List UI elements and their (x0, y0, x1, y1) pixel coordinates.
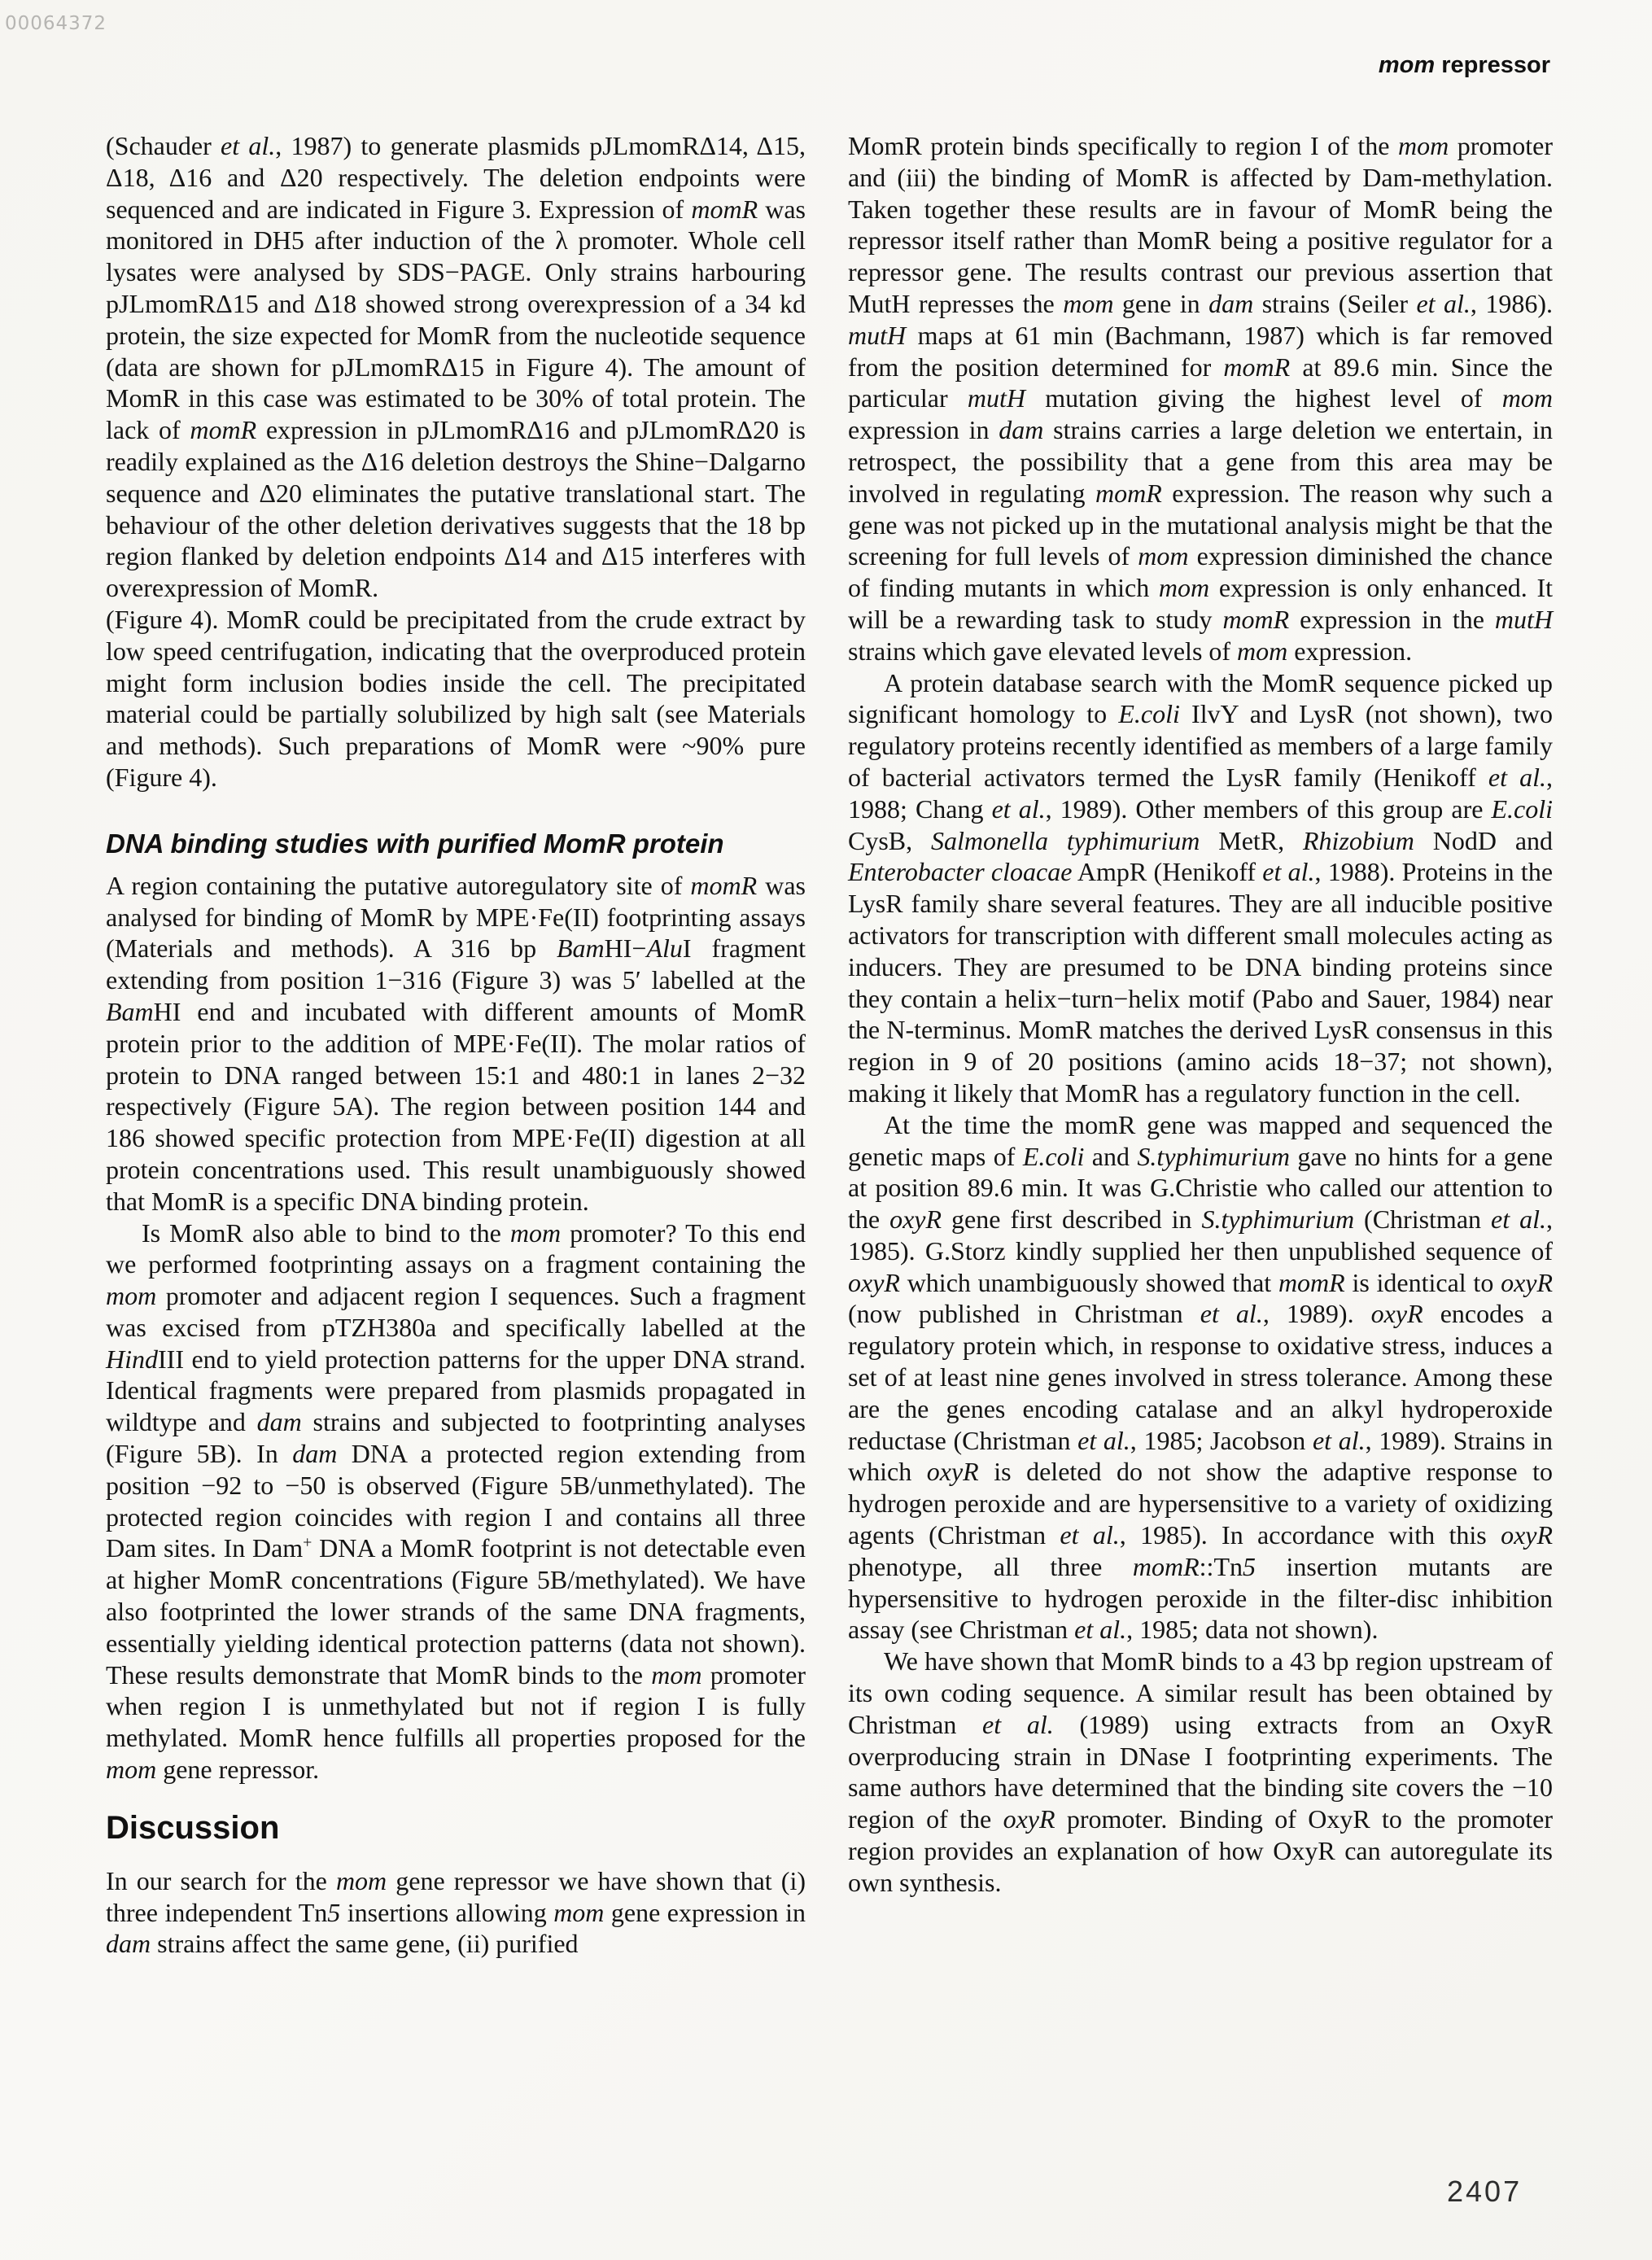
paragraph: At the time the momR gene was mapped and… (848, 1109, 1553, 1646)
paragraph: We have shown that MomR binds to a 43 bp… (848, 1646, 1553, 1898)
scan-stamp-number: 00064372 (5, 13, 107, 34)
paragraph: A protein database search with the MomR … (848, 667, 1553, 1109)
discussion-heading: Discussion (106, 1810, 806, 1846)
running-head-gene-name: mom (1379, 52, 1435, 78)
paragraph: In our search for the mom gene repressor… (106, 1865, 806, 1960)
running-head: mom repressor (1379, 52, 1550, 79)
page-number: 2407 (1447, 2175, 1522, 2209)
paragraph: A region containing the putative autoreg… (106, 870, 806, 1217)
paragraph: MomR protein binds specifically to regio… (848, 130, 1553, 667)
running-head-rest: repressor (1435, 52, 1550, 78)
right-column: MomR protein binds specifically to regio… (848, 130, 1553, 1899)
paragraph: (Schauder et al., 1987) to generate plas… (106, 130, 806, 604)
paragraph: Is MomR also able to bind to the mom pro… (106, 1217, 806, 1786)
paragraph: (Figure 4). MomR could be precipitated f… (106, 604, 806, 793)
section-heading: DNA binding studies with purified MomR p… (106, 828, 806, 860)
left-column: (Schauder et al., 1987) to generate plas… (106, 130, 806, 1960)
journal-page: 00064372 mom repressor (Schauder et al.,… (0, 0, 1652, 2260)
